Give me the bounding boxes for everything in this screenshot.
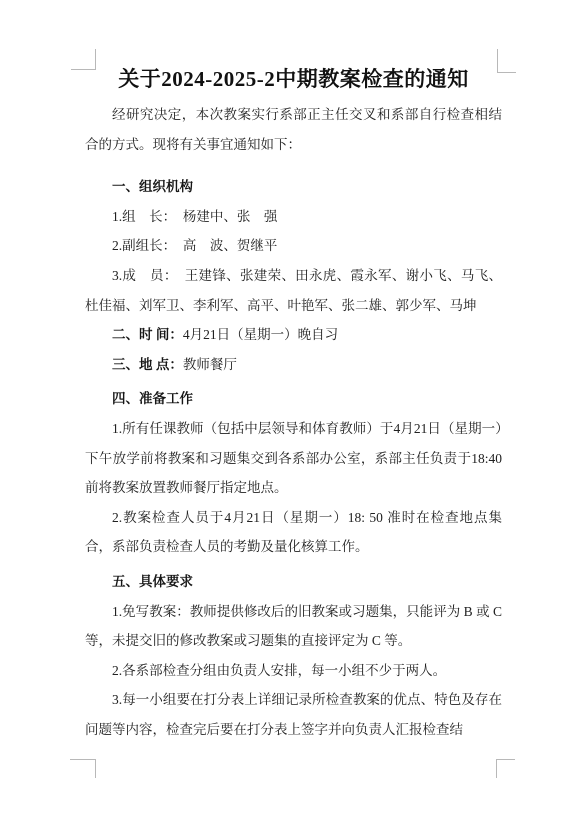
crop-mark-bottom-right xyxy=(496,759,515,778)
crop-mark-bottom-left xyxy=(70,759,96,778)
time-line: 二、时 间：4月21日（星期一）晚自习 xyxy=(85,320,502,350)
location-value: 教师餐厅 xyxy=(183,357,237,372)
req-item-2: 2.各系部检查分组由负责人安排，每一小组不少于两人。 xyxy=(85,656,502,686)
req-item-3: 3.每一小组要在打分表上详细记录所检查教案的优点、特色及存在问题等内容，检查完后… xyxy=(85,685,502,744)
location-line: 三、地 点：教师餐厅 xyxy=(85,350,502,380)
org-deputy-line: 2.副组长： 高 波、贺继平 xyxy=(85,231,502,261)
intro-paragraph: 经研究决定，本次教案实行系部正主任交叉和系部自行检查相结合的方式。现将有关事宜通… xyxy=(85,100,502,159)
section-heading-requirements: 五、具体要求 xyxy=(85,567,502,597)
req-item-1: 1.免写教案：教师提供修改后的旧教案或习题集，只能评为 B 或 C 等，未提交旧… xyxy=(85,597,502,656)
document-page: 关于2024-2025-2中期教案检查的通知 经研究决定，本次教案实行系部正主任… xyxy=(0,0,585,821)
org-leader-line: 1.组 长： 杨建中、张 强 xyxy=(85,202,502,232)
org-members-paragraph: 3.成 员： 王建锋、张建荣、田永虎、霞永军、谢小飞、马飞、杜佳福、刘军卫、李利… xyxy=(85,261,502,320)
document-title: 关于2024-2025-2中期教案检查的通知 xyxy=(85,64,502,94)
section-heading-organization: 一、组织机构 xyxy=(85,172,502,202)
section-heading-preparation: 四、准备工作 xyxy=(85,384,502,414)
document-body: 关于2024-2025-2中期教案检查的通知 经研究决定，本次教案实行系部正主任… xyxy=(85,64,502,744)
time-value: 4月21日（星期一）晚自习 xyxy=(183,327,338,342)
prep-item-1: 1.所有任课教师（包括中层领导和体育教师）于4月21日（星期一）下午放学前将教案… xyxy=(85,414,502,503)
prep-item-2: 2.教案检查人员于4月21日（星期一）18: 50 准时在检查地点集合，系部负责… xyxy=(85,503,502,562)
time-label: 二、时 间： xyxy=(112,327,183,342)
location-label: 三、地 点： xyxy=(112,357,183,372)
